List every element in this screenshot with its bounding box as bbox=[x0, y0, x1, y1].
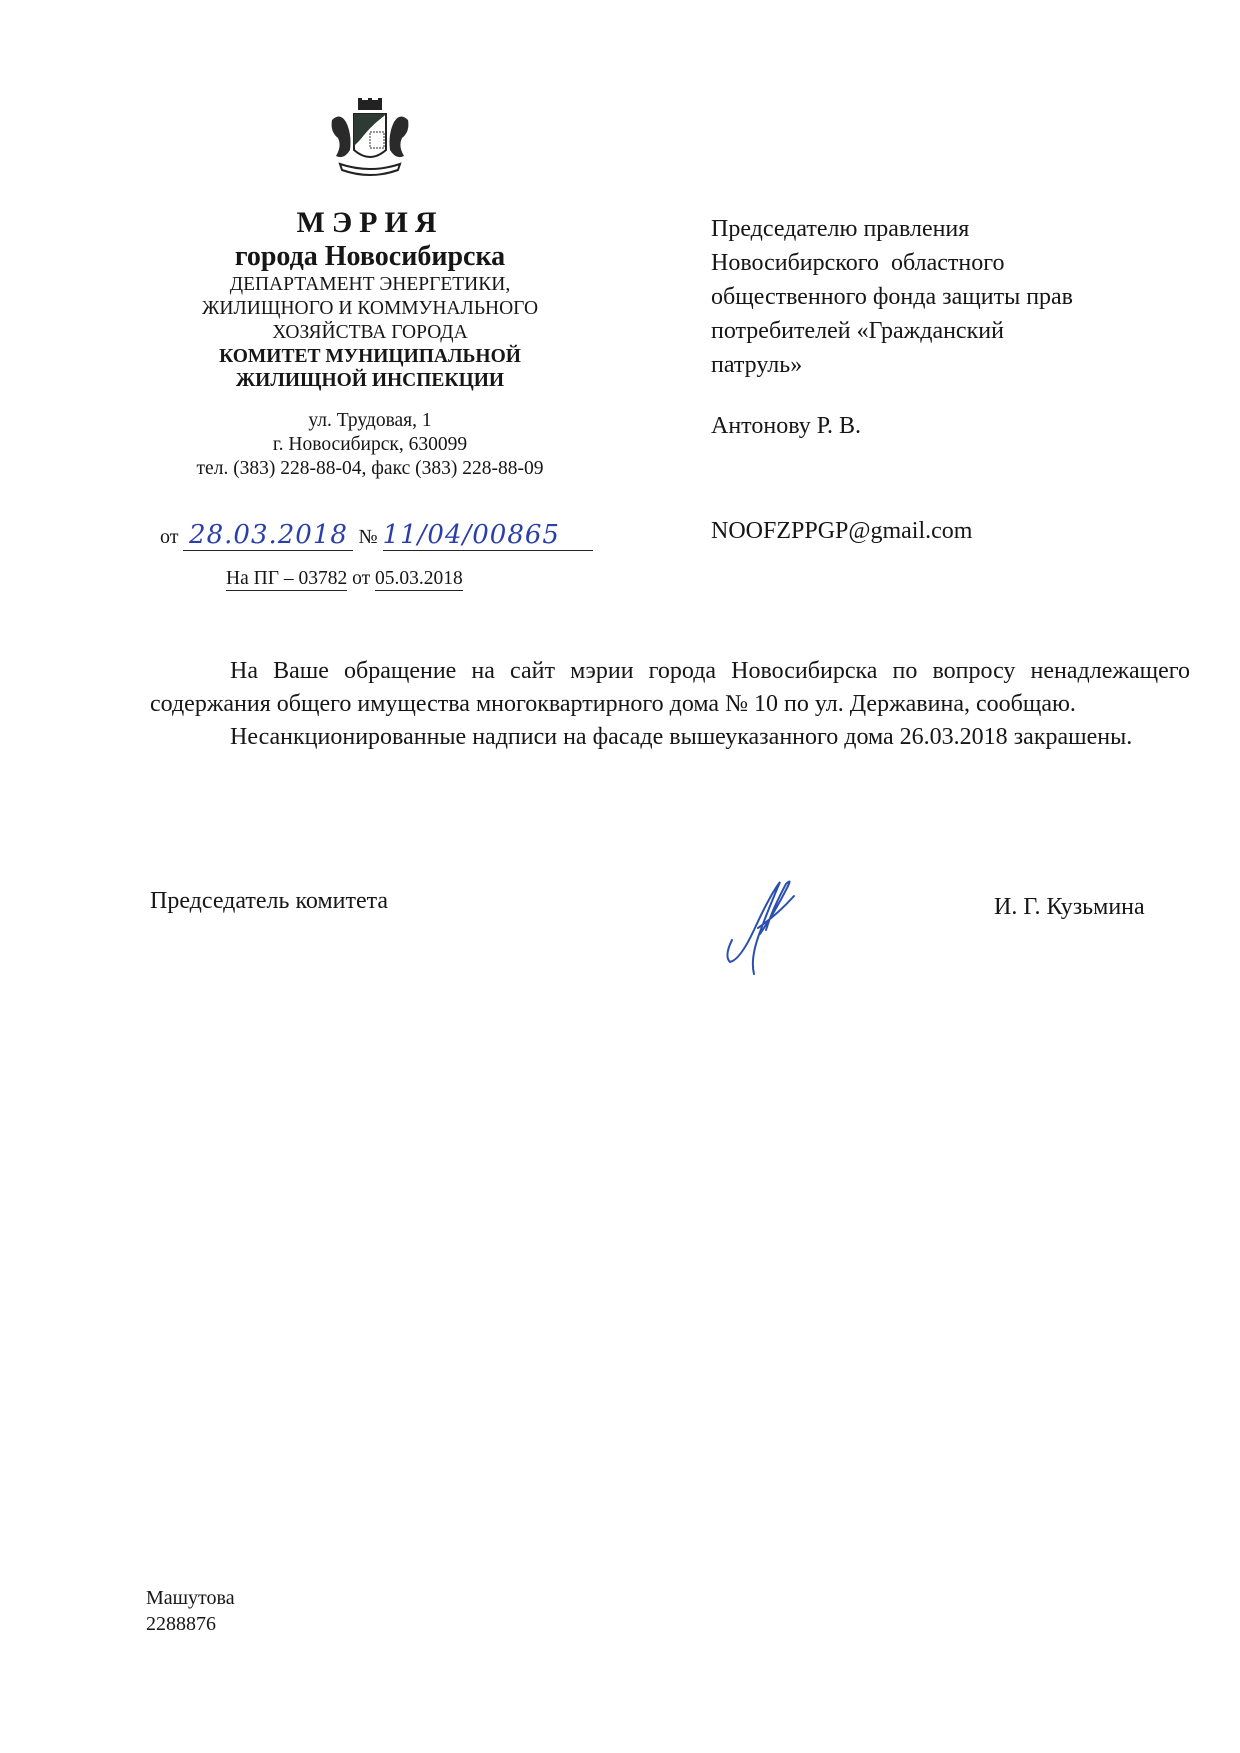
executor-name: Машутова bbox=[146, 1585, 235, 1611]
org-title: МЭРИЯ bbox=[150, 205, 590, 241]
department-line: ДЕПАРТАМЕНТ ЭНЕРГЕТИКИ, bbox=[150, 273, 590, 297]
address-line: ул. Трудовая, 1 bbox=[150, 409, 590, 433]
city-name: города Новосибирска bbox=[150, 241, 590, 273]
handwritten-number: 11/04/00865 bbox=[383, 520, 560, 550]
handwritten-date: 28.03.2018 bbox=[189, 520, 348, 550]
department-line: ЖИЛИЩНОГО И КОММУНАЛЬНОГО bbox=[150, 297, 590, 321]
signatory-position: Председатель комитета bbox=[150, 888, 388, 915]
body-paragraph: Несанкционированные надписи на фасаде вы… bbox=[150, 721, 1190, 754]
reference-line: На ПГ – 03782 от 05.03.2018 bbox=[226, 568, 463, 591]
department-line: ХОЗЯЙСТВА ГОРОДА bbox=[150, 321, 590, 345]
handwritten-signature-icon bbox=[720, 870, 820, 980]
reference-date: 05.03.2018 bbox=[375, 568, 463, 591]
executor-block: Машутова 2288876 bbox=[146, 1585, 235, 1637]
registration-number-field: 11/04/00865 bbox=[383, 520, 593, 551]
address-line: тел. (383) 228-88-04, факс (383) 228-88-… bbox=[150, 457, 590, 481]
recipient-line: Новосибирского областного bbox=[711, 246, 1211, 280]
recipient-email: NOOFZPPGP@gmail.com bbox=[711, 518, 972, 545]
recipient-line: потребителей «Гражданский bbox=[711, 314, 1211, 348]
coat-of-arms-icon bbox=[326, 98, 414, 184]
executor-phone: 2288876 bbox=[146, 1611, 235, 1637]
committee-line: ЖИЛИЩНОЙ ИНСПЕКЦИИ bbox=[150, 369, 590, 393]
address-line: г. Новосибирск, 630099 bbox=[150, 433, 590, 457]
letter-body: На Ваше обращение на сайт мэрии города Н… bbox=[150, 655, 1190, 754]
registration-date-field: 28.03.2018 bbox=[183, 520, 353, 551]
signatory-name: И. Г. Кузьмина bbox=[994, 894, 1145, 921]
reference-from: от bbox=[352, 568, 370, 589]
date-prefix: от bbox=[160, 526, 178, 548]
recipient-line: патруль» bbox=[711, 348, 1211, 382]
letterhead: МЭРИЯ города Новосибирска ДЕПАРТАМЕНТ ЭН… bbox=[150, 205, 590, 481]
registration-line: от 28.03.2018 № 11/04/00865 bbox=[160, 520, 640, 560]
recipient-line: общественного фонда защиты прав bbox=[711, 280, 1211, 314]
recipient-line: Председателю правления bbox=[711, 212, 1211, 246]
recipient-block: Председателю правления Новосибирского об… bbox=[711, 212, 1211, 382]
body-paragraph: На Ваше обращение на сайт мэрии города Н… bbox=[150, 655, 1190, 721]
recipient-name: Антонову Р. В. bbox=[711, 413, 861, 440]
number-prefix: № bbox=[358, 526, 377, 548]
reference-number: На ПГ – 03782 bbox=[226, 568, 347, 591]
committee-line: КОМИТЕТ МУНИЦИПАЛЬНОЙ bbox=[150, 345, 590, 369]
